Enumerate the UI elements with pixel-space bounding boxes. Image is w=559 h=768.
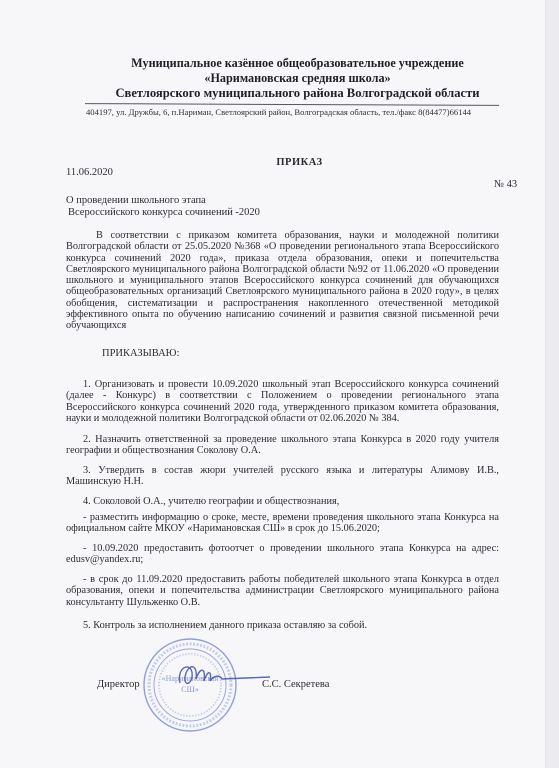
preamble-paragraph: В соответствии с приказом комитета образ…: [66, 230, 499, 332]
organization-address: 404197, ул. Дружбы, 6, п.Нариман, Светло…: [86, 107, 526, 118]
order-number: № 43: [494, 179, 517, 190]
signatory-name: С.С. Секретева: [262, 679, 329, 690]
order-subject: О проведении школьного этапа Всероссийск…: [66, 195, 260, 219]
document-page: Муниципальное казённое общеобразовательн…: [0, 0, 545, 768]
org-name-line3: Светлоярского муниципального района Волг…: [100, 86, 495, 101]
subject-line2: Всероссийского конкурса сочинений -2020: [66, 207, 260, 219]
order-item-5: 5. Контроль за исполнением данного прика…: [66, 620, 499, 631]
org-name-line1: Муниципальное казённое общеобразовательн…: [100, 56, 495, 71]
signatory-role: Директор: [97, 679, 140, 690]
header-divider: [85, 103, 499, 106]
director-signature-icon: [172, 655, 272, 695]
order-item-1: 1. Организовать и провести 10.09.2020 шк…: [66, 379, 499, 425]
order-item-3: 3. Утвердить в состав жюри учителей русс…: [66, 465, 499, 488]
order-subitem-3: - в срок до 11.09.2020 предоставить рабо…: [66, 574, 499, 608]
page-edge: [545, 0, 559, 768]
order-subitem-2: - 10.09.2020 предоставить фотоотчет о пр…: [66, 543, 499, 566]
order-date: 11.06.2020: [66, 167, 113, 178]
order-item-2: 2. Назначить ответственной за проведение…: [66, 434, 499, 457]
order-directive: ПРИКАЗЫВАЮ:: [102, 348, 179, 359]
subject-line1: О проведении школьного этапа: [66, 195, 260, 207]
order-item-4: 4. Соколовой О.А., учителю географии и о…: [66, 496, 499, 507]
order-subitem-1: - разместить информацию о сроке, месте, …: [66, 512, 499, 535]
org-name-line2: «Наримановская средняя школа»: [100, 71, 495, 86]
organization-header: Муниципальное казённое общеобразовательн…: [100, 56, 495, 101]
